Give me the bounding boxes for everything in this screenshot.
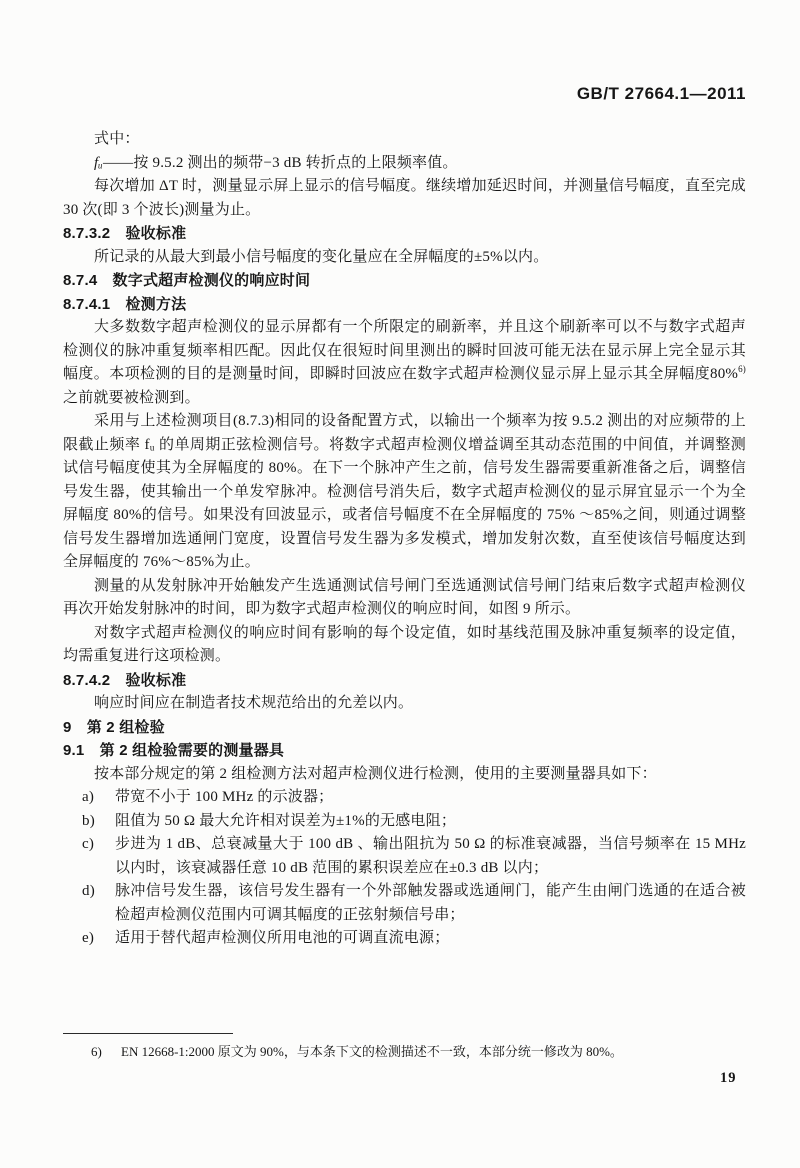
list-item-text: 阻值为 50 Ω 最大允许相对误差为±1%的无感电阻； — [115, 813, 456, 829]
paragraph-measurement: 测量的从发射脉冲开始触发产生选通测试信号闸门至选通测试信号闸门结束后数字式超声检… — [63, 575, 746, 622]
heading-8-7-4-1: 8.7.4.1 检测方法 — [63, 293, 746, 317]
symbol-fu: fᵤ — [94, 155, 103, 171]
list-item-marker: e) — [82, 927, 94, 951]
list-item-marker: b) — [82, 810, 95, 834]
list-item-marker: d) — [82, 880, 95, 904]
paragraph-setup: 采用与上述检测项目(8.7.3)相同的设备配置方式，以输出一个频率为按 9.5.… — [63, 410, 746, 575]
list-item: c)步进为 1 dB、总衰减量大于 100 dB 、输出阻抗为 50 Ω 的标准… — [63, 833, 746, 880]
list-item-marker: a) — [82, 786, 94, 810]
paragraph-8-7-4-2: 响应时间应在制造者技术规范给出的允差以内。 — [63, 692, 746, 716]
list-item: d)脉冲信号发生器，该信号发生器有一个外部触发器或选通闸门，能产生由闸门选通的在… — [63, 880, 746, 927]
paragraph-delta-t: 每次增加 ΔT 时，测量显示屏上显示的信号幅度。继续增加延迟时间，并测量信号幅度… — [63, 175, 746, 222]
instrument-list: a)带宽不小于 100 MHz 的示波器； b)阻值为 50 Ω 最大允许相对误… — [63, 786, 746, 951]
footnote-divider — [63, 1033, 233, 1034]
paragraph-settings-repeat: 对数字式超声检测仪的响应时间有影响的每个设定值，如时基线范围及脉冲重复频率的设定… — [63, 622, 746, 669]
list-item: a)带宽不小于 100 MHz 的示波器； — [63, 786, 746, 810]
footnote-marker: 6) — [91, 1043, 102, 1061]
standard-number-header: GB/T 27664.1—2011 — [63, 84, 746, 104]
list-item: b)阻值为 50 Ω 最大允许相对误差为±1%的无感电阻； — [63, 810, 746, 834]
heading-8-7-4: 8.7.4 数字式超声检测仪的响应时间 — [63, 269, 746, 293]
list-item-text: 脉冲信号发生器，该信号发生器有一个外部触发器或选通闸门，能产生由闸门选通的在适合… — [115, 883, 746, 923]
page-content: GB/T 27664.1—2011 式中： fᵤ——按 9.5.2 测出的频带−… — [63, 84, 746, 951]
paragraph-refresh-rate-text: 大多数数字超声检测仪的显示屏都有一个所限定的刷新率，并且这个刷新率可以不与数字式… — [63, 319, 746, 382]
document-page: GB/T 27664.1—2011 式中： fᵤ——按 9.5.2 测出的频带−… — [0, 0, 800, 1168]
heading-8-7-4-2: 8.7.4.2 验收标准 — [63, 669, 746, 693]
paragraph-8-7-3-2: 所记录的从最大到最小信号幅度的变化量应在全屏幅度的±5%以内。 — [63, 246, 746, 270]
footnote-block: 6)EN 12668-1:2000 原文为 90%，与本条下文的检测描述不一致，… — [63, 1033, 746, 1061]
list-item: e)适用于替代超声检测仪所用电池的可调直流电源； — [63, 927, 746, 951]
footnote-text: EN 12668-1:2000 原文为 90%，与本条下文的检测描述不一致，本部… — [121, 1044, 623, 1059]
paragraph-9-1-intro: 按本部分规定的第 2 组检测方法对超声检测仪进行检测，使用的主要测量器具如下： — [63, 763, 746, 787]
page-number: 19 — [720, 1070, 737, 1087]
footnote-reference-6: 6) — [738, 364, 746, 374]
list-item-text: 适用于替代超声检测仪所用电池的可调直流电源； — [115, 930, 449, 946]
list-item-text: 步进为 1 dB、总衰减量大于 100 dB 、输出阻抗为 50 Ω 的标准衰减… — [115, 836, 746, 876]
heading-9-1: 9.1 第 2 组检验需要的测量器具 — [63, 739, 746, 763]
paragraph-refresh-rate: 大多数数字超声检测仪的显示屏都有一个所限定的刷新率，并且这个刷新率可以不与数字式… — [63, 316, 746, 410]
paragraph-refresh-rate-tail: 之前就要被检测到。 — [63, 390, 200, 406]
footnote: 6)EN 12668-1:2000 原文为 90%，与本条下文的检测描述不一致，… — [63, 1043, 746, 1061]
symbol-definition-text: ——按 9.5.2 测出的频带−3 dB 转折点的上限频率值。 — [103, 155, 458, 171]
list-item-marker: c) — [82, 833, 94, 857]
list-item-text: 带宽不小于 100 MHz 的示波器； — [115, 789, 333, 805]
symbol-definition: fᵤ——按 9.5.2 测出的频带−3 dB 转折点的上限频率值。 — [63, 152, 746, 176]
heading-8-7-3-2: 8.7.3.2 验收标准 — [63, 222, 746, 246]
heading-9: 9 第 2 组检验 — [63, 716, 746, 740]
where-clause: 式中： — [63, 128, 746, 152]
